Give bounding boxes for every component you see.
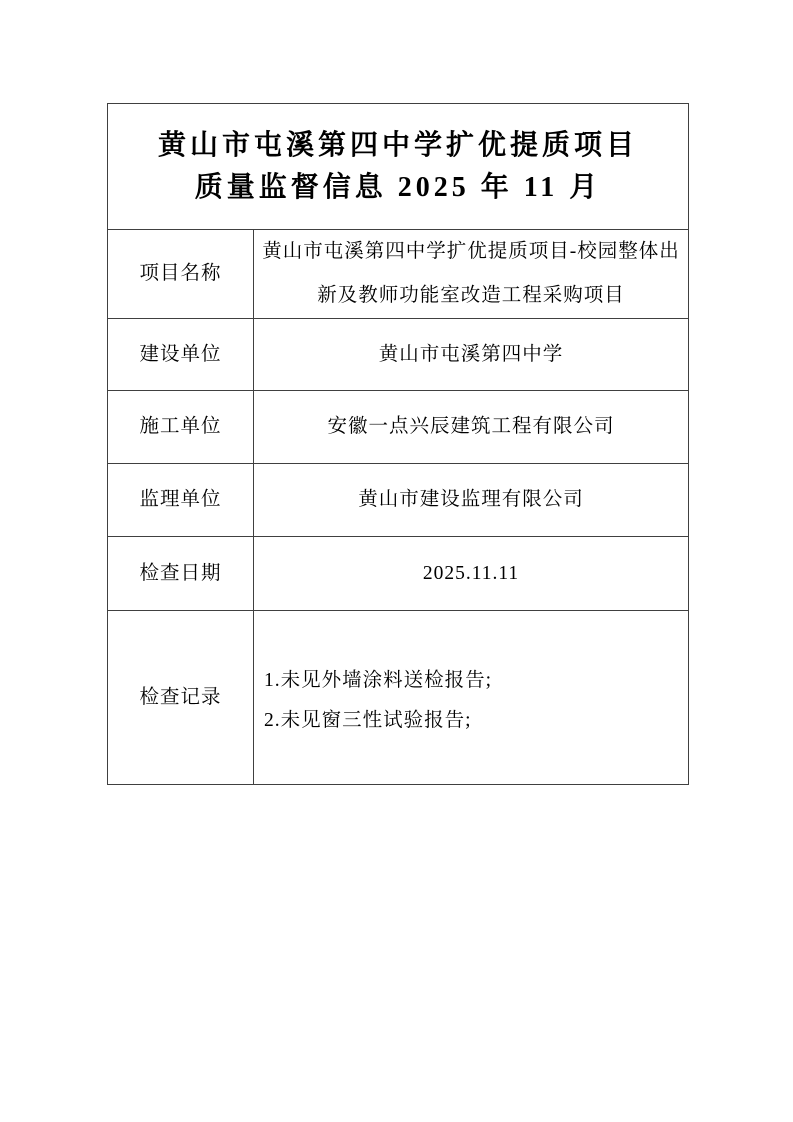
project-name-text: 黄山市屯溪第四中学扩优提质项目-校园整体出新及教师功能室改造工程采购项目 xyxy=(254,230,688,318)
label-supervision-unit: 监理单位 xyxy=(108,464,254,537)
table-row-project-name: 项目名称 黄山市屯溪第四中学扩优提质项目-校园整体出新及教师功能室改造工程采购项… xyxy=(108,230,689,319)
label-inspection-record: 检查记录 xyxy=(108,611,254,785)
table-row-title: 黄山市屯溪第四中学扩优提质项目 质量监督信息 2025 年 11 月 xyxy=(108,104,689,230)
value-inspection-date: 2025.11.11 xyxy=(254,537,689,611)
quality-supervision-table: 黄山市屯溪第四中学扩优提质项目 质量监督信息 2025 年 11 月 项目名称 … xyxy=(107,103,689,785)
title-line-2: 质量监督信息 2025 年 11 月 xyxy=(108,167,688,209)
document-title: 黄山市屯溪第四中学扩优提质项目 质量监督信息 2025 年 11 月 xyxy=(108,104,689,230)
table-row-inspection-date: 检查日期 2025.11.11 xyxy=(108,537,689,611)
inspection-record-line-2: 2.未见窗三性试验报告; xyxy=(254,701,688,741)
table-row-contractor-unit: 施工单位 安徽一点兴辰建筑工程有限公司 xyxy=(108,391,689,464)
inspection-record-line-1: 1.未见外墙涂料送检报告; xyxy=(254,655,688,701)
document-page: 黄山市屯溪第四中学扩优提质项目 质量监督信息 2025 年 11 月 项目名称 … xyxy=(0,0,793,1122)
label-project-name: 项目名称 xyxy=(108,230,254,319)
label-construction-unit: 建设单位 xyxy=(108,319,254,391)
value-construction-unit: 黄山市屯溪第四中学 xyxy=(254,319,689,391)
label-inspection-date: 检查日期 xyxy=(108,537,254,611)
value-inspection-record: 1.未见外墙涂料送检报告; 2.未见窗三性试验报告; xyxy=(254,611,689,785)
value-contractor-unit: 安徽一点兴辰建筑工程有限公司 xyxy=(254,391,689,464)
table-row-supervision-unit: 监理单位 黄山市建设监理有限公司 xyxy=(108,464,689,537)
table-row-inspection-record: 检查记录 1.未见外墙涂料送检报告; 2.未见窗三性试验报告; xyxy=(108,611,689,785)
value-project-name: 黄山市屯溪第四中学扩优提质项目-校园整体出新及教师功能室改造工程采购项目 xyxy=(254,230,689,319)
label-contractor-unit: 施工单位 xyxy=(108,391,254,464)
table-row-construction-unit: 建设单位 黄山市屯溪第四中学 xyxy=(108,319,689,391)
title-line-1: 黄山市屯溪第四中学扩优提质项目 xyxy=(108,125,688,167)
value-supervision-unit: 黄山市建设监理有限公司 xyxy=(254,464,689,537)
